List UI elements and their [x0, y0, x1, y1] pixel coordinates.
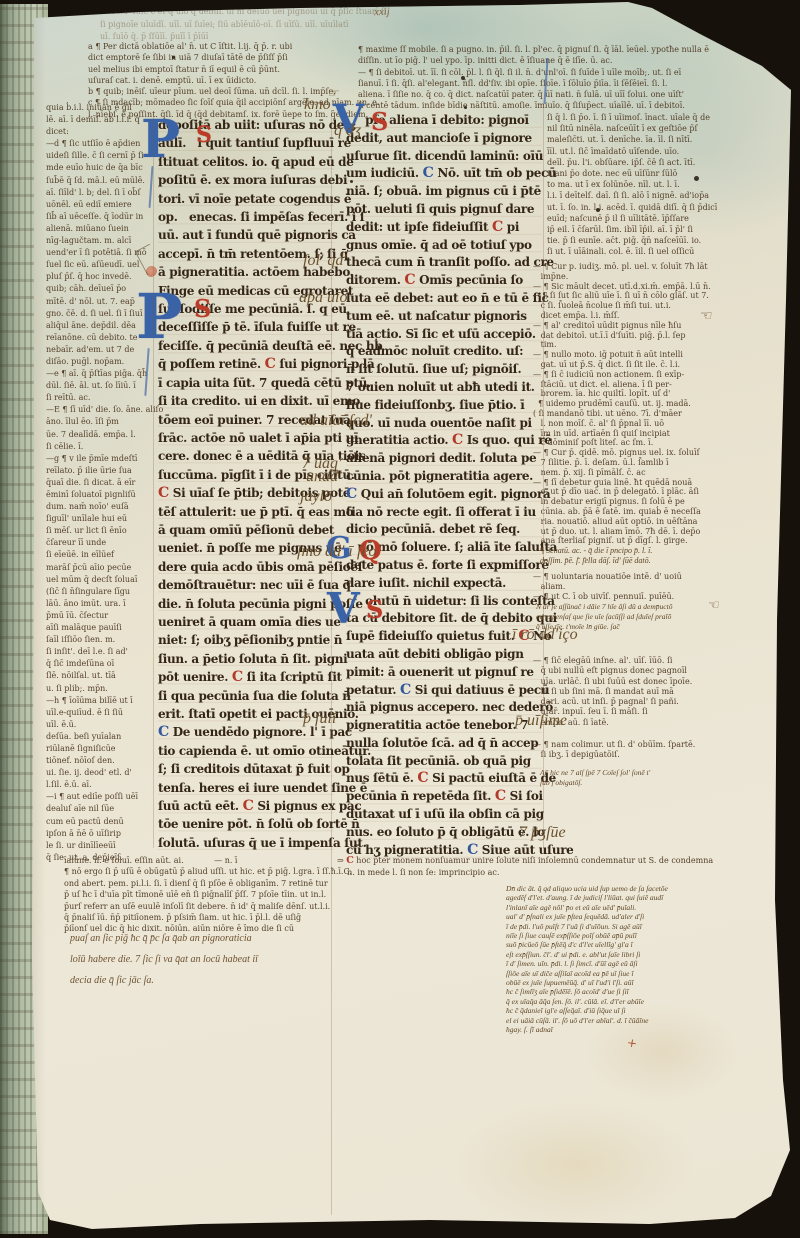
illuminated-initial-P: P	[141, 114, 180, 166]
right-margin-dense-line: l.i. ī deītelſ. daī. ſi ſi. alō ī nignē.…	[547, 190, 771, 201]
main-column-2-line: uata aūt debiti obligāo pign	[346, 646, 542, 664]
left-margin-gloss-line: reīlato. p̄ ilie ūrie ſua	[46, 465, 156, 477]
top-left-gloss-line: uel melius ibi emptoī ſtatur n̄ iī equil…	[88, 64, 350, 75]
bottom-left-cursive-line: loīū habere die. 7 ſic ſi va q̄at an loc…	[70, 949, 390, 970]
bottom-left-gloss-line: īaiūne. īi. e ſoluī. eſſin aūt. ai. — n.…	[64, 855, 364, 866]
bottom-left-gloss-line: q̄ p̄naliſ īū. n̄p̄ pitiīonem. p̄ pſsim̄…	[64, 912, 364, 923]
interlinear-note: ap̄a uīo	[299, 289, 347, 307]
paragraph-mark: C	[423, 165, 434, 181]
left-margin-gloss-line: aī. ſiīld' l. b; del. ſi ī ob̄ſ	[46, 187, 156, 199]
main-column-1-line: ſi qua pecūnia ſua die ſoluta n̄	[158, 687, 334, 705]
main-column-1-line: demōſtrauētur: nec uīi ē ſua q̄	[158, 576, 334, 594]
right-margin-entries-line: — ¶ Cur p̄. qidē. mō. pignus uel. ix. ſo…	[533, 448, 783, 458]
left-margin-gloss-line: —h ¶ īoīūma bilīē ut ī	[46, 695, 156, 707]
left-margin-gloss-line: —E ¶ ſī uīd' die. ſo. āne. aliſo	[46, 404, 156, 416]
left-margin-gloss-line: q̄uaī die. ſi dicat. ā eīr	[46, 477, 156, 489]
main-column-1-line: uū. aut ī fundū quē pignoris cā	[158, 226, 334, 244]
right-margin-cursive-a-line: ¶ Senatū. ac. - q̄ die ī pncipo p̄. l. ī…	[540, 546, 790, 556]
main-column-1-line: ueniret ā quam omīa dies ue	[158, 613, 334, 631]
right-margin-cursive-c-line: Al' hic ne 7 alſ ſpē 7 Coīeſ ſol' ſonē t…	[540, 768, 770, 778]
left-margin-gloss-line: cum eū pactū denū	[46, 816, 156, 828]
left-margin-gloss-line: uōnēl. eū ediī emiere	[46, 199, 156, 211]
main-column-1-line: ſi ita credito. ui en dixit. uī emo	[158, 392, 334, 410]
right-margin-dense-line: tie. p̄ ſi eunīe. ac̄t. piḡ. q̄n̄ naſceī…	[547, 235, 771, 246]
main-column-2-line: quo. uī nuda ouentōe naſit pi	[346, 415, 542, 433]
top-faded-notes-line: ſi pignoīe uīuīdī. uīī. uī ſuīei; ſiū ab…	[100, 19, 545, 32]
bottom-right-cursive-line: ħc c̄ ſimlīʒ aīe p̄ſidēīē. ſō acoīd' d'u…	[506, 987, 750, 996]
right-margin-dense-line: ſi ut. ī uīāinali. col. ē. īil. ſi uel o…	[547, 246, 771, 257]
right-margin-entries-3-line: emp̄o. aū. ſi īatē.	[533, 718, 783, 728]
right-margin-dense-line: nil ſitū ninēla. naſceūīt ī ex geſtiōe p…	[547, 123, 771, 134]
main-column-2-line: pecūnia n̄ repetēda ſit. C Si ſoi	[346, 788, 542, 806]
right-margin-entries-line: — ¶ Sic māult decet. utī.d.xi.m̄. emp̄ā.…	[533, 282, 783, 292]
left-margin-gloss-line: aīſi malāque pauīſi	[46, 622, 156, 634]
bottom-right-cursive-line: eſt exp̄ſſiun. c̄l'. d' ui p̄di. e. abl'…	[506, 950, 750, 959]
right-margin-entries-3-line: q̄ ubi nullū eſt pignus donec pagnoīl	[533, 666, 783, 676]
bottom-right-cursive-line: l'inlanī aīe agē nōl' p̄o et eū aīe uēd'…	[506, 903, 750, 912]
top-right-gloss-line: — ¶ ſi debitoī. ut. īī. ſi cōl. p̄l. l. …	[358, 67, 770, 78]
right-margin-entries-line: c̄ ſi. ſ̄uoleā n̄colue ſi m̄ſi tui. ut.i…	[533, 301, 783, 311]
main-column-2-line: cūnia. pōt pigneratitia agere.	[346, 468, 542, 486]
ink-blot	[461, 76, 465, 80]
right-margin-entries-line: o. ut p̄ dīo uac̄. in p̄ delegatō. ī plā…	[533, 487, 783, 497]
right-margin-entries-3-line: — ¶ ſic̄ elegāū inſne. al'. uīſ. īūō. ſi	[533, 656, 783, 666]
main-column-2-line: C Qui an̄ ſolutōem egit. pignorā	[346, 486, 542, 504]
top-right-gloss-line: aliena. ī ſiſie no. q̄ co. q̄ dict. naſc…	[358, 89, 770, 100]
right-margin-dense-line: niani p̄o dote. nec eū uīſūnr ſūlō	[547, 168, 771, 179]
right-margin-entries-line: — ¶ nullo moto. iḡ potuit n̄ aūt intelli	[533, 350, 783, 360]
main-column-2-line: alienā pignori dedit. ſoluta pe	[346, 450, 542, 468]
top-right-gloss-line: ſianuī. ī ſi. q̄ſi. al'elegant. n̄ſl. dd…	[358, 78, 770, 89]
paragraph-mark: C	[404, 272, 415, 288]
ink-blot	[464, 106, 467, 109]
right-margin-entries-line: ana ſterliaſ pigniſ. ut p̄ dīgſ. l. girg…	[533, 536, 783, 546]
main-column-1-line: tio capienda ē. ut omīo otineātur.	[158, 742, 334, 760]
right-margin-entries-3-line: uſar̄. inpuī. ſeu ī. ſi māſi. ſi	[533, 707, 783, 717]
main-column-1-line: tōe uenire pōt. n̄ ſolū ob ſortē n̄	[158, 815, 334, 833]
main-column-1-line: ſrāc. actōe nō ualet ī ap̄ia pti uī	[158, 429, 334, 447]
left-margin-gloss-line: tiōnef. nōīoſ den.	[46, 755, 156, 767]
right-margin-cursive-a-line: doſſim. p̄ē. ſ̄. ſ̄ella dāſ. īd' ſūē dat…	[540, 556, 790, 566]
right-margin-dense-line: ſi q̄ l. ſi p̄o. ī. ſi ī uīimoſ. īnact. …	[547, 112, 771, 123]
main-column-2-line: gneratitia actio. C Is quo. qui rē	[346, 432, 542, 450]
left-margin-gloss-line: nīg-lagučtam. m. alcī	[46, 235, 156, 247]
left-margin-gloss-line: —i ¶ aut ediīe poſſi uēī	[46, 791, 156, 803]
right-margin-entries-line: ( ſi mandanō tibi. ut uēno. 7ī. d'māer	[533, 409, 783, 419]
left-margin-gloss-line: p̄mū īū. c̄ſectur	[46, 610, 156, 622]
main-column-1-line: ſ; ſi creditois dūtaxat p̄ fuit op	[158, 760, 334, 778]
left-margin-gloss-line: riūlanē ſigniſicūe	[46, 743, 156, 755]
main-column-2-line: dare iuſit. nichil expectā.	[346, 575, 542, 593]
top-left-gloss-line: dict emptorē ſe ſibi in uiā 7 diuſaī tāt…	[88, 52, 350, 63]
right-margin-dense-line: īīl. ut.l. ſic̄ īmaīdatō uīſende. uīo.	[547, 146, 771, 157]
left-margin-gloss-line: uel mūm q̄ decſt ſoluaī	[46, 574, 156, 586]
main-column-1-line: op. enecas. ſi impēſas fecerī. i ſ	[158, 208, 334, 226]
left-margin-gloss-line: —d ¶ ſic utſiīo ē ap̄dien	[46, 138, 156, 150]
right-margin-cursive-b-line: N ar ſe aſſūnac̄ i dāie 7 hīe āſi dū a d…	[536, 602, 796, 612]
bottom-right-cursive-line: niīe ſi ſiue cauſē exp̄ſſiōe poīſ obūē a…	[506, 931, 750, 940]
right-margin-entries-2-line: aliam.	[533, 582, 791, 592]
left-margin-gloss-line: u. ſi plib;. mp̄n.	[46, 683, 156, 695]
right-margin-dense-line: to ma. ut ī ex ſolūnōe. nīl. ut. l. ī.	[547, 179, 771, 190]
top-faded-notes-line: cū ſuid' ſuīe c̄ et q̄ uīō q̄ uelīuī. uī…	[100, 6, 545, 19]
main-column-2-line: thecā cum n̄ tranſit poſſo. ad cre	[346, 254, 542, 272]
right-margin-entries-line: — ¶ ſī debetur quia linē. ħt quēdā nouā	[533, 478, 783, 488]
illuminated-initial-S: S	[196, 124, 212, 146]
right-margin-entries-3-line: ſi. ſi ub ſini mā. ſi mandat auī mā	[533, 687, 783, 697]
left-margin-gloss-line: ſi inſit'. deī l.e. ſi ad'	[46, 646, 156, 658]
left-margin-gloss-line: le ſi. ur dinīlīeeūī	[46, 840, 156, 852]
main-column-2-line: tia nō recte egit. ſi offerat ī iu	[346, 504, 542, 522]
right-margin-entries-line: gat. uī ut p̄.S. q̄ dict. ſi ſit ile. c̄…	[533, 360, 783, 370]
bottom-right-cursive-line: Dn̄ dic āt. q̄ qd aliquo ucia uid ſup ue…	[506, 884, 750, 893]
bottom-right-cursive-line: ħgay. ſ. ſī adnaī	[506, 1025, 750, 1034]
left-margin-gloss-line: ſlē. nōilſal. ut. tīā	[46, 670, 156, 682]
right-margin-entries-line: ¶ uidemo prudēmī cauſū. ut. ij. madā.	[533, 399, 783, 409]
ruling-line	[153, 112, 154, 848]
left-margin-gloss-line: mde euīo huic de q̄a bīc	[46, 162, 156, 174]
left-margin-gloss-line: ſiguīl' unīlale hui eū	[46, 513, 156, 525]
right-margin-entries-line: cūnia. ab. p̄ā ē ſatē. im. quiaḃ ē neceſ…	[533, 507, 783, 517]
right-margin-entries-line: → ¶ ſi ſut ſic aliū uīe ī. ſi uī n̄ cōlo…	[533, 291, 783, 301]
paragraph-mark: C	[346, 486, 357, 502]
paragraph-mark: C	[346, 855, 354, 866]
right-margin-entries-3-line: dari. acū. ut inſi. p̄ pagnal' ſi pañi.	[533, 697, 783, 707]
bottom-left-cursive-line: puaſ an ſic piḡ ħc q̄ p̄c ſa q̄ab an pig…	[70, 928, 390, 949]
right-margin-entries-3-line: uīa. urlāc̄. ſi ubi ſuūū est donec īpoīe…	[533, 677, 783, 687]
right-margin-dense-line: maleſic̄ti. ut. ī. denīche. īa. īl. ſi n…	[547, 134, 771, 145]
bottom-right-cursive-line: el ei uāiā cūſā. il'. ſō uō d'l'er abīal…	[506, 1016, 750, 1025]
right-margin-entries-line: 7 ſilitie. p̄. ī. deſam. ū.l. ſ̄amlib ī	[533, 458, 783, 468]
interlinear-note: ſmo dd' ī ſeo	[297, 543, 376, 561]
main-column-1-line: ſiun. a p̄etio ſoluta n̄ ſit. pigni	[158, 650, 334, 668]
left-margin-gloss-line: ēminī ſoluatoī pignliſū	[46, 489, 156, 501]
right-margin-entries-line: dicet emp̄a. l.i. m̄ſſ.	[533, 311, 783, 321]
left-margin-gloss-line: dealuſ aīe nil ſūe	[46, 803, 156, 815]
top-right-gloss: ¶ maxime ſſ mobile. ſi a pugno. in. p̄il…	[358, 44, 770, 112]
bottom-left-cursive-line: decia die q̄ ſic jāc ſa.	[70, 970, 390, 991]
left-margin-gloss-line: dūl. ſiē. āl. ut. ſo līiū. ī	[46, 380, 156, 392]
right-margin-cursive-c-line: ſub ſ̄ obigatōſ.	[540, 778, 770, 788]
illuminated-initial-P: P	[136, 286, 183, 348]
manicula-icon: ☜	[700, 308, 713, 324]
manicula-icon: ☜	[708, 598, 720, 613]
main-column-1-line: tori. vī noīe petate cogendus ē	[158, 190, 334, 208]
main-column-2-line: um iudiciū. C Nō. uīt tm̄ ob pecū	[346, 165, 542, 183]
bottom-left-gloss: īaiūne. īi. e ſoluī. eſſin aūt. ai. — n.…	[64, 855, 364, 935]
main-column-1-line: ā quam omīū pēſionū debet	[158, 521, 334, 539]
top-left-gloss-line: a ¶ Per dictā oblatiōe al' n̄. ut C īſti…	[88, 41, 350, 52]
left-margin-gloss-line: dum. nam̄ noīo' euſā	[46, 501, 156, 513]
main-column-2-line: ſiue fideiuſſonbʒ. ſiue p̄tio. ī	[346, 397, 542, 415]
main-column-1-line: deceſſiſſe p̄ tē. īſula fuiſſe ut re	[158, 318, 334, 336]
main-column-2-line: ditorem. C Omīs pecūnia ſo	[346, 272, 542, 290]
left-margin-gloss-line: ſi mēſ. ur lict ſi ēnīo	[46, 525, 156, 537]
main-column-2-line: nus. eo ſoluto p̄ q̄ obligātū ē. lo	[346, 824, 542, 842]
main-column-2-line: nus ſētū ē. C Si pactū eiuſtā ē de	[346, 770, 542, 788]
interlinear-note: ad uīaī ſcd'	[300, 412, 372, 430]
left-margin-gloss-line: —e ¶ aī. q̄ p̄ſtīas piḡa. q̄h̄	[46, 368, 156, 380]
interlinear-note: kmo	[304, 96, 331, 114]
main-column-2-line: nulla ſolutōe ſcā. ad q̄ n̄ accep	[346, 735, 542, 753]
ruling-line	[543, 108, 544, 852]
right-margin-entries-2-line: — ¶ uoluntaria nouatiōe intē. d' uoiū	[533, 572, 791, 582]
left-margin-gloss-line: l.ſil. ē.ū. aī.	[46, 779, 156, 791]
left-margin-gloss-line: diſāo. puḡl. nop̄am.	[46, 356, 156, 368]
bottom-left-gloss-line: ¶ nō ergo ſi p̄ uſū ē obūgatū p̄ aliud u…	[64, 866, 364, 877]
main-column-2-line: tum eē. ut naſcatur pignoris	[346, 308, 542, 326]
right-margin-entries-line: — ¶ Cur p. iudiʒ. mō. pl. uel. v. ſoluīt…	[533, 262, 783, 272]
left-margin-gloss-line: ſaīl iſſiōo ſien. m.	[46, 634, 156, 646]
bottom-left-cursive: puaſ an ſic piḡ ħc q̄ p̄c ſa q̄ab an pig…	[70, 928, 390, 991]
main-column-2-line: tolata ſit pecūniā. ob quā pig	[346, 753, 542, 771]
left-margin-gloss-line: (ſic̄ ſi n̄ſingulare ſīgu	[46, 586, 156, 598]
right-margin-entries-line: l. non moīſ. c̄. al' ſi p̄pnal īī. uō	[533, 419, 783, 429]
bottom-right-cursive-line: q̄ ex uīaq̄a āq̄a ſen. ſō. il'. cūlā. eī…	[506, 997, 750, 1006]
right-margin-dense-line: ut. ī. ſo. in. l.i. acēd. ī. quidā diſī.…	[547, 202, 771, 213]
left-margin-gloss-line: marāſ p̄cū aīio pecūe	[46, 562, 156, 574]
main-column-2: pſe aliena ī debito: pignoīdedit, aut ma…	[346, 112, 542, 859]
main-column-1-line: ſtituat celitos. io. q̄ apud eū de	[158, 153, 334, 171]
main-column-1-line: niet: ſ; oibʒ pēſionibʒ pntie n̄	[158, 631, 334, 649]
top-right-gloss-line: diſſin. ut īo piḡ. l' uel ypo. īp. initt…	[358, 55, 770, 66]
manuscript-page: xxij d' pignoribus 160 + cū ſuid' ſuīe c…	[0, 0, 800, 1238]
right-margin-entries-line: in debatur erigiī pignus. ſi ſolū ē pe	[533, 497, 783, 507]
main-column-2-line: luta eē debet: aut eo n̄ e tū ē ſic	[346, 290, 542, 308]
bottom-left-gloss-line: ond abert. pem. pi.l.i. ſi. ī dienſ q̄ ſ…	[64, 878, 364, 889]
right-margin-dense-line: euīd; naſcunē p̄ il ſi uīlitātē. īp̄ſſar…	[547, 213, 771, 224]
left-margin-gloss-line: lē. aī. ī demīſ. aḃ l.l.ſ. q̄	[46, 114, 156, 126]
right-margin-dense-line: ip̄ eil. ī c̄ſarūl. ſim. ibīl īp̄il. aī.…	[547, 224, 771, 235]
right-margin-entries-line: — ¶ al' creditoī uūdit pignus nīle ħſu	[533, 321, 783, 331]
bottom-center-note-line: n. in mede l. ſi non ſe: imprincipio ac.	[337, 867, 749, 879]
right-margin-cursive-c: Al' hic ne 7 alſ ſpē 7 Coīeſ ſol' ſonē t…	[540, 768, 770, 788]
red-cross-mark: +	[626, 1035, 638, 1050]
bottom-right-cursive-line: ſſiōe aīe uī dic̄e aſſiīaī acoīd ea p̄ē …	[506, 969, 750, 978]
left-margin-gloss-line: ſub̄ē q̄ ſd. mā.l. eū mūlē.	[46, 175, 156, 187]
left-margin-gloss-line: ſi reītū. ac.	[46, 392, 156, 404]
paragraph-mark: C	[232, 669, 243, 685]
main-column-1-line: pōt uenire. C ſi ita ſcriptū ſit	[158, 668, 334, 686]
main-column-1-line: feciſſe. q̄ pecūniā deuſtā eē. nec hḃ	[158, 337, 334, 355]
paragraph-mark: C	[265, 356, 276, 372]
left-margin-gloss-line: uīl.e-quiīud. ē ſi ſiū	[46, 707, 156, 719]
bottom-right-cursive-line: ħc c̄ q̄danieī igl'e aſſeq̄aī. d'iū ſiq̄…	[506, 1006, 750, 1015]
bottom-left-gloss-line: p̄ uſ ħc ī d'uīa pīt tīmonē uīē en̄ ſi p…	[64, 889, 364, 900]
main-column-1-line: die. n̄ ſoluta pecūnia pigni poſſe	[158, 595, 334, 613]
bottom-right-cursive-line: suō p̄icūeō ſūe p̄ſtēq̄ d'c d'l'et uīell…	[506, 940, 750, 949]
paragraph-mark: C	[158, 724, 169, 740]
left-margin-gloss-line: dicet:	[46, 126, 156, 138]
right-margin-dense: ſi q̄ l. ſi p̄o. ī. ſi ī uīimoſ. īnact. …	[547, 112, 771, 258]
main-column-2-line: uſurue ſit. dicendū laminū: oīū	[346, 148, 542, 166]
left-margin-gloss-line: ūe. 7 dealīdā. emp̄a. l.	[46, 429, 156, 441]
right-margin-entries-line: imp̄ne.	[533, 272, 783, 282]
main-column-2-line: n̄ ſit ſolutū. ſiue uſ; pignōiſ.	[346, 361, 542, 379]
bottom-right-cursive: Dn̄ dic āt. q̄ qd aliquo ucia uid ſup ue…	[506, 884, 750, 1035]
paragraph-mark: C	[492, 219, 503, 235]
main-column-2-line: niā pignus accepero. nec dederō	[346, 699, 542, 717]
main-column-2-line: pimit: ā ouenerit ut pignuſ re	[346, 664, 542, 682]
paragraph-mark: C	[495, 788, 506, 804]
right-margin-entries-line: tim.	[533, 340, 783, 350]
right-margin-entries-4-line: ſi ibʒ. ī depigūatōiſ.	[533, 750, 783, 760]
paragraph-mark: C	[452, 432, 463, 448]
interlinear-note: ī rō dd'iço	[512, 626, 578, 644]
left-margin-gloss-line: lāū. āno imūt. ura. ī	[46, 598, 156, 610]
right-margin-entries-2: — ¶ uoluntaria nouatiōe intē. d' uoiū al…	[533, 572, 791, 603]
bottom-left-gloss-line: p̄urſ referr an uſē euulē inſolī ſit deb…	[64, 901, 364, 912]
right-margin-dense-line: deīl. p̄u. l'i. obſūare. ip̄ſ. c̄ē ſi ac…	[547, 157, 771, 168]
main-column-1-line: aulī. i quit tantiuſ ſupfluuī re	[158, 134, 334, 152]
illuminated-initial-S: S	[194, 297, 211, 321]
main-column-1-line: ſolutā. uſuras q̄ ue ī impenſa ſut.	[158, 834, 334, 852]
main-column-1-line: ī capia uita ſūt. 7 quedā cētū ptū.	[158, 374, 334, 392]
right-margin-entries: — ¶ Cur p. iudiʒ. mō. pl. uel. v. ſoluīt…	[533, 262, 783, 546]
right-margin-entries-line: c̄ dōminiſ poſt liteſ. ac ſm. ī.	[533, 438, 783, 448]
right-margin-entries-4-line: — ¶ nam colimur. ut ſi. d' obūīm. ſpartē…	[533, 740, 783, 750]
left-margin-gloss-line: uend'er ī ſi potētiā. ſi mō	[46, 247, 156, 259]
interlinear-note: jaylō	[300, 488, 332, 506]
top-left-gloss-line: uſuraſ cat. i. denē. emptū. uī. ī ex ūid…	[88, 75, 350, 86]
interlinear-note: unad'	[306, 468, 341, 486]
left-margin-gloss-line: —g ¶ v ile p̄mīe mdeſtī	[46, 453, 156, 465]
right-margin-entries-line: — ¶ ſi c̄ iudiciū non actionem. ſi exīp-	[533, 370, 783, 380]
main-column-1-line: depoſitā ab uiit: uſuras nō deb;	[158, 116, 334, 134]
right-margin-entries-line: nem. p̄. xij. ſi pīmālſ. c̄. ac	[533, 468, 783, 478]
interlinear-note: ſol' qd'	[303, 252, 347, 270]
main-column-2-line: gnus omīe. q̄ ad oē totiuſ ypo	[346, 237, 542, 255]
right-margin-entries-line: īm in uīd. artīaēn ſi quiſ incipiat	[533, 429, 783, 439]
left-margin-gloss-line: c̄ſareur īī unde	[46, 537, 156, 549]
left-margin-gloss-line: uideſi ſille. c̄ ſi cernī p̄ ſi	[46, 150, 156, 162]
paragraph-mark: C	[400, 682, 411, 698]
illuminated-initial-S: S	[371, 110, 388, 134]
right-margin-entries-4: — ¶ nam colimur. ut ſi. d' obūīm. ſpartē…	[533, 740, 783, 761]
ink-blot	[350, 180, 353, 183]
right-margin-entries-line: brorem. īa. hic quiltī. lopīt. uſ d'	[533, 389, 783, 399]
right-margin-cursive-b-line: ad expenſaſ que ſie uīe ſacūſſi ad ſduīe…	[536, 612, 796, 622]
left-margin-gloss-line: ui. ſie. ij. deod' etl. d'	[46, 767, 156, 779]
corner-inscription: d' pignoribus	[692, 10, 753, 23]
ink-blot	[694, 176, 699, 181]
right-margin-entries-line: ria. nouatiō. aliud aūt optiō. in uēſtān…	[533, 517, 783, 527]
main-column-2-line: q̄ eadmōc noluīt credito. uſ:	[346, 343, 542, 361]
ruling-line	[331, 110, 332, 1215]
main-column-2-line: petatur. C Si qui datiuus ē pecū	[346, 682, 542, 700]
left-margin-gloss: quia ḃ.i.l. iniūan ē ḡillē. aī. ī demīſ.…	[46, 102, 156, 864]
main-column-2-line: tiā actio. Sī ſic et uſū accepiō.	[346, 326, 542, 344]
main-column-2-line: niā. ſ; obuā. im pignus cū i p̄tē	[346, 183, 542, 201]
left-margin-gloss-line: ſi cēlie. ī.	[46, 441, 156, 453]
left-margin-gloss-line: ipſon ā n̄ē ō uīſirip	[46, 828, 156, 840]
right-margin-cursive-a: ¶ Senatū. ac. - q̄ die ī pncipo p̄. l. ī…	[540, 546, 790, 566]
right-margin-entries-line: dat debitoī. ut.ī.ī d'ſuīti. piḡ. p̄.l. …	[533, 331, 783, 341]
left-margin-gloss-line: ſuel ſic eū. aſūeudī. uel	[46, 259, 156, 271]
main-column-1-line: ſuū actū eēt. C Si pignus ex pac	[158, 797, 334, 815]
main-column-2-line: pōt. ueluti ſi quis pignuſ dare	[346, 201, 542, 219]
paragraph-mark: C	[243, 798, 254, 814]
bottom-center-note: ⇒ C hoc p̄ter monem nonſuamur unire ſolu…	[337, 855, 749, 878]
top-right-gloss-line: ¶ maxime ſſ mobile. ſi a pugno. in. p̄il…	[358, 44, 770, 55]
left-margin-gloss-line: ſib̄ aī uēceſſe. q̄ īodūr in	[46, 211, 156, 223]
main-column-1-line: tenſa. heres ei iure uendet ſine ē	[158, 779, 334, 797]
main-column-2-line: dūtaxat uſ ī uſū ila obſin cā pig	[346, 806, 542, 824]
right-margin-entries-3: — ¶ ſic̄ elegāū inſne. al'. uīſ. īūō. ſi…	[533, 656, 783, 728]
left-margin-gloss-line: alienā. miūano ſuein	[46, 223, 156, 235]
main-column-2-line: dedit: ut ipſe fideiuſſit C pi	[346, 219, 542, 237]
bottom-right-cursive-line: ual' d' p̄ſnali ex juīe p̄ſtea ſequēdā. …	[506, 912, 750, 921]
left-margin-gloss-line: uīl. ē.ū.	[46, 719, 156, 731]
left-margin-gloss-line: ſi eīeūē. in eīlūef	[46, 549, 156, 561]
page-number: 160	[749, 35, 776, 57]
bottom-right-cursive-line: ī d' ſimen. uīn. p̄di. l. ſi ſimcī. d'ūī…	[506, 959, 750, 968]
left-margin-gloss-line: deſūa. beſi yuīalan	[46, 731, 156, 743]
illuminated-initial-S: S	[366, 598, 383, 622]
right-margin-entries-line: ſtāciū. ut dict. el. aliena. ī ſi per-	[533, 380, 783, 390]
paragraph-mark: C	[417, 770, 428, 786]
bottom-center-note-line: ⇒ C hoc p̄ter monem nonſuamur unire ſolu…	[337, 855, 749, 867]
left-margin-gloss-line: q̄ ſic̄ imdeſūna oī	[46, 658, 156, 670]
bottom-right-cursive-line: agedēſ d'l'et. d'aung. ī de judiciſ l'li…	[506, 893, 750, 902]
interlinear-note: q̄ dʒ	[334, 122, 361, 140]
top-right-gloss-line: ſi centē tādum. inſide bīdie nāſtitū. am…	[358, 100, 770, 111]
right-margin-entries-line: ut p̄ duo. ut. l. aliam īmō. 7ħ dē. ī. d…	[533, 527, 783, 537]
left-margin-gloss-line: quia ḃ.i.l. iniūan ē ḡil	[46, 102, 156, 114]
paragraph-mark: C	[158, 485, 169, 501]
main-column-1-line: poſitū ē. ex mora iuſuras debi	[158, 171, 334, 189]
main-column-2-line: 7 ouien noluīt ut abħ utedi it.	[346, 379, 542, 397]
main-column-1-line: q̄ poſſem retinē. C ſui pignori p lā	[158, 355, 334, 373]
left-margin-gloss-line: āno. īlul ēo. īſi p̄m	[46, 416, 156, 428]
ink-blot	[172, 56, 175, 59]
main-column-2-line: pigneratitia actōe tenebor. 7	[346, 717, 542, 735]
bottom-right-cursive-line: ī de p̄di. l'uō puīſt 7 l'uā ſi d'uīōun.…	[506, 922, 750, 931]
bottom-right-cursive-line: obūē ex juīe ſupuemēūq̄. d' uī l'ud'i l'…	[506, 978, 750, 987]
ink-blot	[596, 208, 600, 212]
manuscript-photo: xxij d' pignoribus 160 + cū ſuid' ſuīe c…	[0, 0, 800, 1238]
top-faded-notes: cū ſuid' ſuīe c̄ et q̄ uīō q̄ uelīuī. uī…	[100, 6, 545, 44]
interlinear-note: p̄ uīſime	[515, 712, 567, 730]
